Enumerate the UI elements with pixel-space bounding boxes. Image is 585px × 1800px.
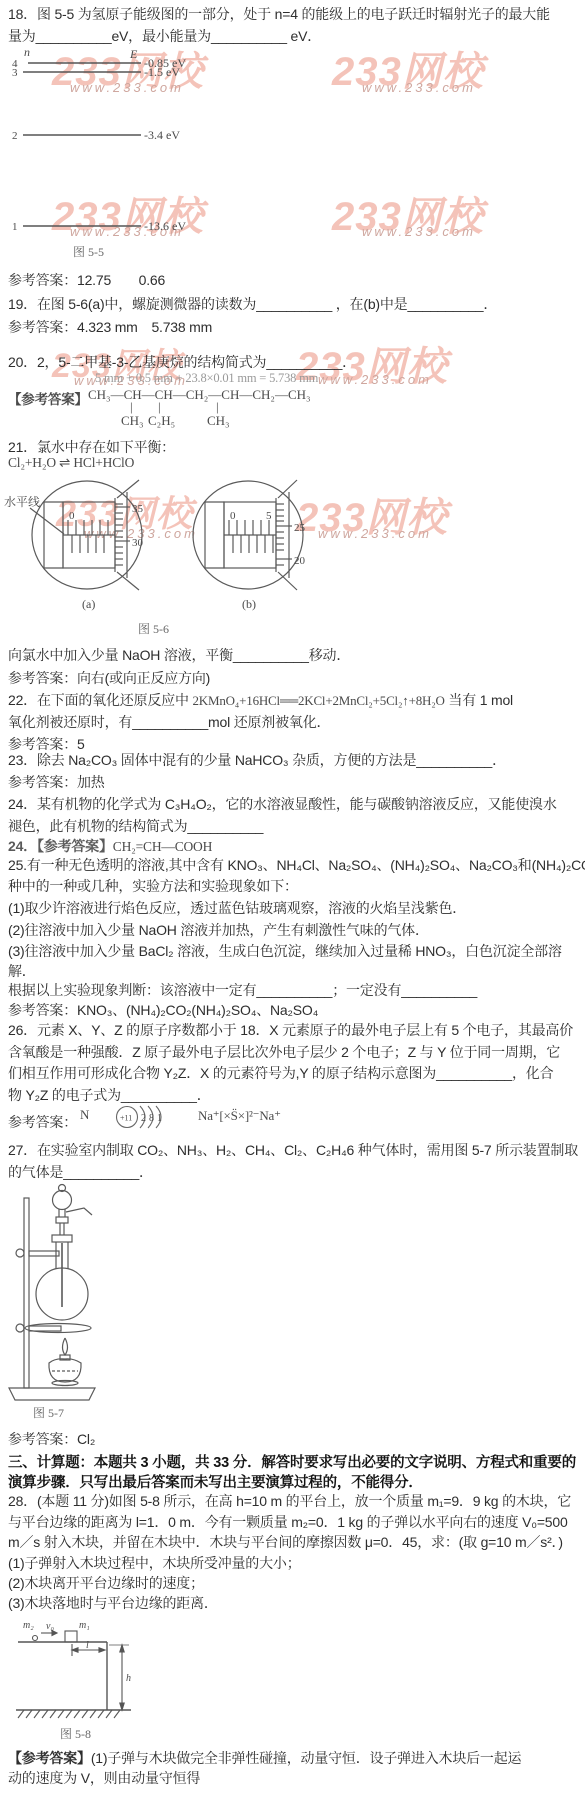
q25-item3b: 解． bbox=[8, 961, 36, 981]
q28-part2: (2)木块离开平台边缘时的速度； bbox=[8, 1573, 204, 1593]
q24-line2: 褪色，此有机物的结构简式为__________ bbox=[8, 816, 263, 836]
q22-line2: 氧化剂被还原时，有__________mol 还原剂被氧化． bbox=[8, 712, 330, 732]
q18-line2: 量为__________eV，最小能量为__________ eV． bbox=[8, 26, 321, 46]
q26-line2: 含氧酸是一种强酸．Z 原子最外电子层比次外电子层少 2 个电子；Z 与 Y 位于… bbox=[8, 1042, 560, 1062]
q28-answer-label: 【参考答案】 bbox=[8, 1750, 91, 1766]
level-energy: -13.6 eV bbox=[144, 219, 186, 233]
horizontal-line-label: 水平线 bbox=[4, 494, 40, 509]
q28-part1: (1)子弹射入木块过程中，木块所受冲量的大小； bbox=[8, 1553, 301, 1573]
watermark-site: www.233.com bbox=[318, 372, 432, 387]
level-n: 2 bbox=[12, 130, 18, 142]
q23-line: 23．除去 Na₂CO₃ 固体中混有的少量 NaHCO₃ 杂质，方便的方法是__… bbox=[8, 750, 506, 770]
q25-line1: 25.有一种无色透明的溶液,其中含有 KNO₃、NH₄Cl、Na₂SO₄、(NH… bbox=[8, 855, 585, 875]
q25-item3a: (3)往溶液中加入少量 BaCl₂ 溶液，生成白色沉淀，继续加入过量稀 HNO₃… bbox=[8, 941, 562, 961]
q22-suffix: 当有 1 mol bbox=[445, 692, 513, 708]
level-energy: -1.5 eV bbox=[144, 65, 180, 79]
q24-line1: 24．某有机物的化学式为 C₃H₄O₂，它的水溶液显酸性，能与碳酸钠溶液反应，又… bbox=[8, 794, 557, 814]
mass1-label: m₁ bbox=[79, 1620, 90, 1631]
scale-number: 5 bbox=[266, 510, 272, 522]
q28-line2: 与平台边缘的距离为 l=1．0 m．今有一颗质量 m₂=0．1 kg 的子弹以水… bbox=[8, 1512, 568, 1532]
distance-label: l bbox=[86, 1640, 89, 1651]
q28-answer-text1: (1)子弹与木块做完全非弹性碰撞，动量守恒．设子弹进入木块后一起运 bbox=[91, 1750, 522, 1766]
q21-line: 21．氯水中存在如下平衡： bbox=[8, 437, 175, 457]
q19-answer: 参考答案：4.323 mm 5.738 mm bbox=[8, 317, 212, 337]
section3-line2: 演算步骤．只写出最后答案而未写出主要演算过程的，不能得分． bbox=[8, 1471, 423, 1492]
q19-line: 19．在图 5-6(a)中，螺旋测微器的读数为__________ ，在(b)中… bbox=[8, 294, 497, 314]
energy-level-diagram: n E 4 -0.85 eV 3 -1.5 eV 2 -3.4 eV 1 -13… bbox=[8, 44, 243, 244]
figure-5-7-caption: 图 5-7 bbox=[33, 1404, 64, 1421]
scale-number: 20 bbox=[294, 555, 306, 567]
structure-chain: CH₃—CH—CH—CH₂—CH—CH₂—CH₃ bbox=[88, 387, 311, 403]
q27-line2: 的气体是__________． bbox=[8, 1162, 153, 1182]
mass2-label: m₂ bbox=[23, 1620, 34, 1631]
atomic-structure-diagram: +11 2 8 1 bbox=[112, 1102, 187, 1132]
level-n: 3 bbox=[12, 67, 18, 79]
q24-answer-label: 24．【参考答案】 bbox=[8, 838, 113, 854]
q28-part3: (3)木块落地时与平台边缘的距离． bbox=[8, 1593, 218, 1613]
scale-number: 30 bbox=[132, 537, 144, 549]
scale-number: 0 bbox=[230, 510, 236, 522]
watermark-site: www.233.com bbox=[362, 224, 476, 239]
q18-line1: 18．图 5-5 为氢原子能级图的一部分，处于 n=4 的能级上的电子跃迁时辐射… bbox=[8, 4, 550, 24]
q28-line3: m／s 射入木块，并留在木块中．木块与平台间的摩擦因数 μ=0．45，求：(取 … bbox=[8, 1532, 563, 1552]
figure-5-8-caption: 图 5-8 bbox=[60, 1725, 91, 1742]
q20-line: 20．2，5-二甲基-3-乙基庚烷的结构简式为__________． bbox=[8, 352, 356, 372]
level-energy: -3.4 eV bbox=[144, 128, 180, 142]
q24-answer-formula: CH₂=CH—COOH bbox=[113, 839, 212, 854]
platform-block-figure: m₂ v₀ m₁ l h bbox=[10, 1618, 145, 1723]
q26-answer-symbol: N bbox=[80, 1107, 89, 1123]
subfigure-a-label: (a) bbox=[82, 597, 95, 611]
q25-answer: 参考答案：KNO₃、(NH₄)₂CO₂(NH₄)₂SO₄、Na₂SO₄ bbox=[8, 1000, 318, 1020]
q27-line1: 27．在实验室内制取 CO₂、NH₃、H₂、CH₄、Cl₂、C₂H₄6 种气体时… bbox=[8, 1140, 578, 1160]
q25-item1: (1)取少许溶液进行焰色反应，透过蓝色钴玻璃观察，溶液的火焰呈浅紫色． bbox=[8, 898, 466, 918]
q25-judge: 根据以上实验现象判断：该溶液中一定有__________；一定没有_______… bbox=[8, 980, 477, 1000]
q27-answer: 参考答案：Cl₂ bbox=[8, 1429, 95, 1449]
q21-answer: 参考答案：向右(或向正反应方向) bbox=[8, 668, 210, 688]
exam-document-page: 233网校 233网校 www.233.com www.233.com 233网… bbox=[0, 0, 585, 1800]
scale-number: 35 bbox=[132, 503, 144, 515]
q22-prefix: 22．在下面的氧化还原反应中 bbox=[8, 692, 192, 708]
q28-answer-line2: 动的速度为 V，则由动量守恒得 bbox=[8, 1768, 200, 1788]
q25-item2: (2)往溶液中加入少量 NaOH 溶液并加热，产生有刺激性气味的气体． bbox=[8, 920, 429, 940]
axis-n-label: n bbox=[24, 45, 30, 59]
gas-apparatus-figure bbox=[5, 1183, 115, 1405]
q20-faint-note: 5 mm + 0.5 mm + 23.8×0.01 mm = 5.738 mm bbox=[95, 371, 318, 386]
q28-answer-line1: 【参考答案】(1)子弹与木块做完全非弹性碰撞，动量守恒．设子弹进入木块后一起运 bbox=[8, 1748, 521, 1768]
substituent: CH₃ bbox=[207, 413, 230, 429]
q20-answer-label: 【参考答案】 bbox=[8, 388, 88, 408]
axis-e-label: E bbox=[129, 47, 138, 61]
q26-answer-label: 参考答案： bbox=[8, 1112, 77, 1132]
q23-answer: 参考答案：加热 bbox=[8, 772, 105, 792]
scale-number: 0 bbox=[69, 510, 75, 522]
scale-number: 25 bbox=[294, 522, 306, 534]
subfigure-b-label: (b) bbox=[242, 597, 256, 611]
level-n: 1 bbox=[12, 221, 18, 233]
micrometer-figure: 水平线 0 35 30 0 5 25 20 (a) (b) bbox=[0, 468, 340, 613]
q28-line1: 28．(本题 11 分)如图 5-8 所示，在高 h=10 m 的平台上，放一个… bbox=[8, 1491, 571, 1511]
height-label: h bbox=[126, 1673, 131, 1684]
figure-5-6-caption: 图 5-6 bbox=[138, 620, 169, 637]
nucleus-charge: +11 bbox=[120, 1114, 132, 1123]
shell-count: 1 bbox=[157, 1113, 162, 1124]
q22-equation: 2KMnO₄+16HCl══2KCl+2MnCl₂+5Cl₂↑+8H₂O bbox=[192, 693, 444, 708]
q21-line2: 向氯水中加入少量 NaOH 溶液，平衡__________移动． bbox=[8, 645, 350, 665]
q26-line3: 们相互作用可形成化合物 Y₂Z．X 的元素符号为,Y 的原子结构示意图为____… bbox=[8, 1063, 553, 1083]
q18-answer: 参考答案：12.75 0.66 bbox=[8, 270, 165, 290]
q26-electron-formula: Na⁺[×S̈×]²⁻Na⁺ bbox=[198, 1108, 281, 1124]
q25-line2: 种中的一种或几种，实验方法和实验现象如下： bbox=[8, 876, 298, 896]
velocity-label: v₀ bbox=[46, 1621, 54, 1632]
substituent: C₂H₅ bbox=[148, 413, 175, 429]
shell-count: 8 bbox=[149, 1113, 154, 1124]
q26-line1: 26．元素 X、Y、Z 的原子序数都小于 18．X 元素原子的最外电子层上有 5… bbox=[8, 1020, 573, 1040]
watermark-site: www.233.com bbox=[362, 80, 476, 95]
shell-count: 2 bbox=[141, 1113, 146, 1124]
q22-line1: 22．在下面的氧化还原反应中 2KMnO₄+16HCl══2KCl+2MnCl₂… bbox=[8, 690, 513, 710]
figure-5-5-caption: 图 5-5 bbox=[73, 243, 104, 260]
section3-line1: 三、计算题：本题共 3 小题，共 33 分．解答时要求写出必要的文字说明、方程式… bbox=[8, 1451, 576, 1472]
substituent: CH₃ bbox=[121, 413, 144, 429]
q24-answer: 24．【参考答案】CH₂=CH—COOH bbox=[8, 836, 212, 856]
